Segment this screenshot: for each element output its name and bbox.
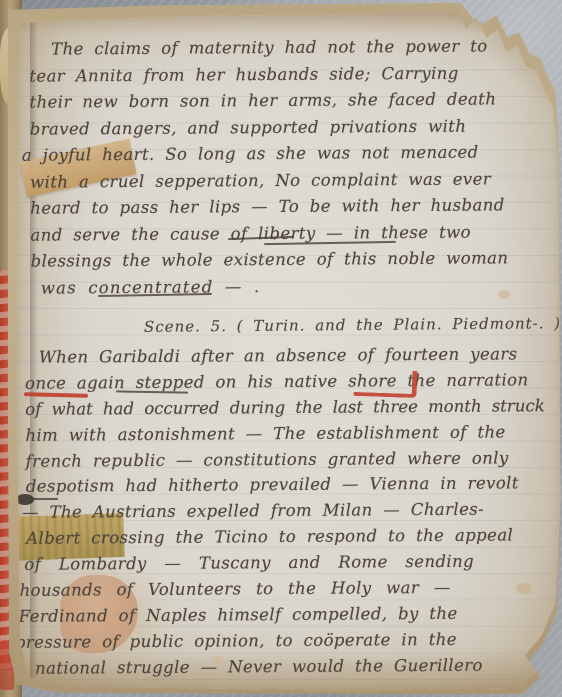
- manuscript-line: of Lombardy — Tuscany and Rome sending: [24, 551, 546, 581]
- paragraph-anita-maternity: The claims of maternity had not the powe…: [29, 36, 509, 304]
- ink-dash-left-margin: [32, 498, 58, 500]
- manuscript-line: was concentrated — .: [41, 275, 509, 305]
- manuscript-line: blessings the whole existence of this no…: [31, 248, 509, 278]
- paragraph-garibaldi-return: When Garibaldi after an absence of fourt…: [25, 344, 547, 684]
- manuscript-line: thousands of Volunteers to the Holy war …: [12, 577, 546, 607]
- manuscript-line: their new born son in her arms, she face…: [29, 89, 507, 119]
- scene-heading-label: Scene. 5.: [144, 317, 227, 336]
- manuscript-line: heard to pass her lips — To be with her …: [30, 195, 508, 225]
- manuscript-line: national struggle — Never would the Guer…: [35, 655, 547, 684]
- manuscript-line: with a cruel sepperation, No complaint w…: [30, 169, 508, 199]
- manuscript-line: pressure of public opinion, to coöperate…: [15, 629, 547, 659]
- manuscript-line: him with astonishment — The establishmen…: [25, 422, 545, 452]
- manuscript-line: braved dangers, and supported privations…: [30, 116, 508, 146]
- manuscript-line: When Garibaldi after an absence of fourt…: [39, 344, 545, 373]
- manuscript-line: The claims of maternity had not the powe…: [51, 36, 507, 66]
- manuscript-line: a joyful heart. So long as she was not m…: [22, 142, 508, 172]
- manuscript-line: despotism had hitherto prevailed — Vienn…: [26, 474, 546, 504]
- manuscript-page: The claims of maternity had not the powe…: [16, 8, 562, 692]
- manuscript-line: Albert crossing the Ticino to respond to…: [26, 525, 546, 555]
- manuscript-line: Ferdinand of Naples himself compelled, b…: [19, 603, 547, 633]
- manuscript-line: french republic — constitutions granted …: [26, 448, 546, 478]
- scene-heading-setting: ( Turin. and the Plain. Piedmont-. ): [237, 314, 562, 335]
- manuscript-line: of what had occurred during the last thr…: [25, 396, 545, 426]
- red-pencil-corner-bracket-shore: [354, 369, 418, 398]
- manuscript-line: tear Annita from her husbands side; Carr…: [29, 63, 507, 93]
- manuscript-line: — The Austrians expelled from Milan — Ch…: [22, 500, 546, 530]
- scene-heading: Scene. 5. ( Turin. and the Plain. Piedmo…: [144, 314, 561, 336]
- manuscript-line: once again stepped on his native shore t…: [25, 370, 545, 400]
